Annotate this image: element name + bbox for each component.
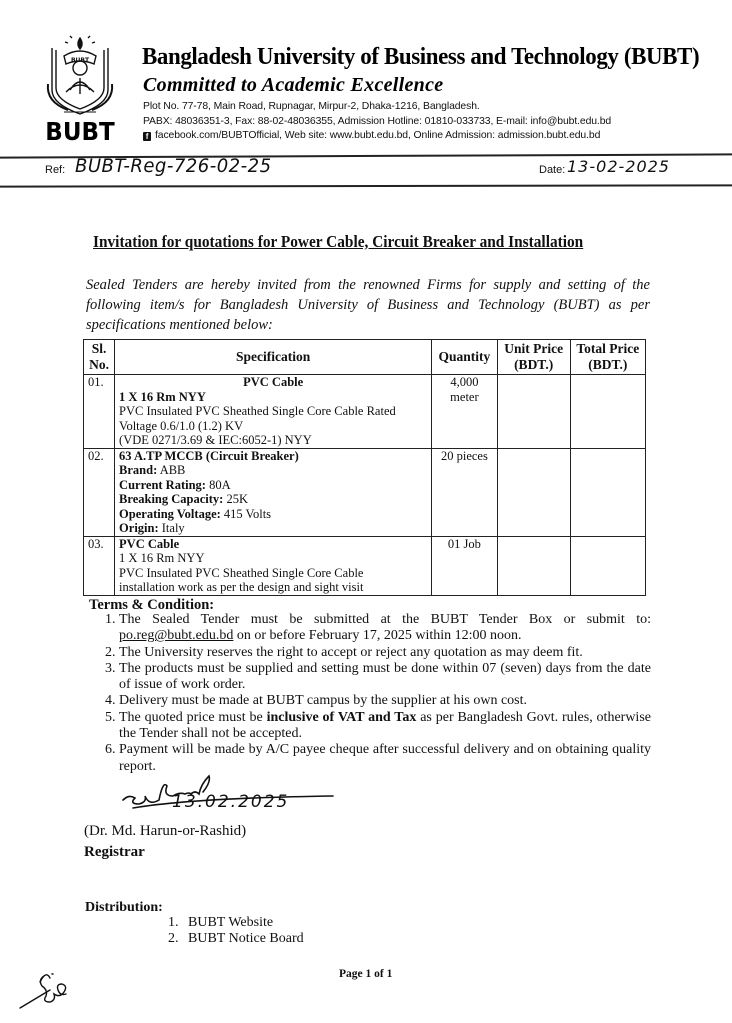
header-total-price: Total Price (BDT.) — [570, 340, 645, 375]
row-total-price[interactable] — [570, 536, 645, 595]
initial-signature-icon — [18, 968, 78, 1010]
attribute-value: 415 Volts — [224, 507, 271, 521]
terms-item-number: 6. — [105, 742, 116, 758]
terms-item-text: Delivery must be made at BUBT campus by … — [119, 693, 527, 708]
terms-item-number: 3. — [105, 661, 116, 677]
table-row: 03. PVC Cable 1 X 16 Rm NYY PVC Insulate… — [84, 536, 646, 595]
ref-value: BUBT-Reg-726-02-25 — [75, 155, 272, 177]
notice-intro: Sealed Tenders are hereby invited from t… — [86, 275, 650, 335]
distribution-item-number: 2. — [168, 931, 188, 947]
row-specification: 63 A.TP MCCB (Circuit Breaker) Brand: AB… — [115, 448, 432, 536]
signature-date: 13.02.2025 — [172, 792, 289, 812]
row-unit-price[interactable] — [497, 536, 570, 595]
contact-line: PABX: 48036351-3, Fax: 88-02-48036355, A… — [143, 116, 611, 127]
terms-item: 3. The products must be supplied and set… — [105, 661, 651, 694]
table-header-row: Sl. No. Specification Quantity Unit Pric… — [84, 340, 646, 375]
item-attribute: Brand: ABB — [119, 463, 427, 478]
distribution-item-text: BUBT Notice Board — [188, 931, 304, 946]
university-name: Bangladesh University of Business and Te… — [142, 44, 699, 71]
row-total-price[interactable] — [570, 375, 645, 449]
row-specification: PVC Cable 1 X 16 Rm NYY PVC Insulated PV… — [115, 375, 432, 449]
row-specification: PVC Cable 1 X 16 Rm NYY PVC Insulated PV… — [115, 536, 432, 595]
email-link[interactable]: po.reg@bubt.edu.bd — [119, 628, 233, 643]
item-attribute: Operating Voltage: 415 Volts — [119, 507, 427, 522]
terms-item-text: The products must be supplied and settin… — [119, 661, 651, 692]
terms-item-continued: po.reg@bubt.edu.bd on or before February… — [105, 628, 651, 644]
signer-name: (Dr. Md. Harun-or-Rashid) — [84, 823, 246, 840]
notice-title: Invitation for quotations for Power Cabl… — [93, 232, 583, 252]
specification-table: Sl. No. Specification Quantity Unit Pric… — [83, 339, 646, 596]
university-motto: Committed to Academic Excellence — [143, 74, 443, 97]
item-heading: 63 A.TP MCCB (Circuit Breaker) — [119, 449, 427, 464]
row-total-price[interactable] — [570, 448, 645, 536]
row-unit-price[interactable] — [497, 448, 570, 536]
attribute-label: Operating Voltage: — [119, 507, 221, 521]
attribute-label: Current Rating: — [119, 478, 206, 492]
item-line: Voltage 0.6/1.0 (1.2) KV — [119, 419, 427, 434]
terms-item: 4. Delivery must be made at BUBT campus … — [105, 693, 651, 709]
terms-item-text: The University reserves the right to acc… — [119, 645, 583, 660]
terms-item-emphasis: inclusive of VAT and Tax — [267, 710, 417, 725]
svg-text:BUBT: BUBT — [71, 57, 90, 64]
table-row: 02. 63 A.TP MCCB (Circuit Breaker) Brand… — [84, 448, 646, 536]
date-value: 13-02-2025 — [567, 157, 670, 176]
item-heading: PVC Cable — [119, 537, 427, 552]
terms-item: 6. Payment will be made by A/C payee che… — [105, 742, 651, 775]
item-line: PVC Insulated PVC Sheathed Single Core C… — [119, 566, 427, 581]
header-quantity: Quantity — [432, 340, 497, 375]
terms-item-text: on or before February 17, 2025 within 12… — [233, 628, 521, 643]
item-line: 1 X 16 Rm NYY — [119, 551, 427, 566]
header-specification: Specification — [115, 340, 432, 375]
item-attribute: Origin: Italy — [119, 521, 427, 536]
row-sl: 01. — [84, 375, 115, 449]
attribute-value: 80A — [209, 478, 231, 492]
terms-list: 1. The Sealed Tender must be submitted a… — [105, 612, 651, 775]
attribute-label: Breaking Capacity: — [119, 492, 223, 506]
header-sl: Sl. No. — [84, 340, 115, 375]
web-line-text: facebook.com/BUBTOfficial, Web site: www… — [155, 130, 600, 141]
terms-item-text: The quoted price must be — [119, 710, 267, 725]
item-attribute: Current Rating: 80A — [119, 478, 427, 493]
item-line: PVC Insulated PVC Sheathed Single Core C… — [119, 404, 427, 419]
terms-item-number: 5. — [105, 710, 116, 726]
date-label: Date: — [539, 164, 565, 176]
row-quantity: 01 Job — [432, 536, 497, 595]
item-attribute: Breaking Capacity: 25K — [119, 492, 427, 507]
terms-item: 1. The Sealed Tender must be submitted a… — [105, 612, 651, 628]
university-logo: BUBT BUBT — [38, 32, 122, 150]
facebook-icon: f — [143, 132, 151, 141]
terms-item: 2. The University reserves the right to … — [105, 645, 651, 661]
ref-label: Ref: — [45, 164, 65, 176]
crest-icon: BUBT — [44, 34, 116, 118]
row-quantity: 4,000 meter — [432, 375, 497, 449]
distribution-item-number: 1. — [168, 915, 188, 931]
row-quantity: 20 pieces — [432, 448, 497, 536]
item-line: (VDE 0271/3.69 & IEC:6052-1) NYY — [119, 433, 427, 448]
web-line: ffacebook.com/BUBTOfficial, Web site: ww… — [143, 130, 600, 141]
distribution-item: 1.BUBT Website — [168, 915, 304, 931]
attribute-value: ABB — [160, 463, 186, 477]
distribution-item-text: BUBT Website — [188, 915, 273, 930]
item-line: installation work as per the design and … — [119, 580, 427, 595]
header-unit-price: Unit Price (BDT.) — [497, 340, 570, 375]
logo-wordmark: BUBT — [41, 117, 118, 146]
row-unit-price[interactable] — [497, 375, 570, 449]
item-subheading: 1 X 16 Rm NYY — [119, 390, 427, 405]
distribution-list: 1.BUBT Website 2.BUBT Notice Board — [168, 915, 304, 947]
terms-item-number: 2. — [105, 645, 116, 661]
terms-item-number: 4. — [105, 693, 116, 709]
signer-title: Registrar — [84, 844, 145, 861]
row-sl: 03. — [84, 536, 115, 595]
distribution-heading: Distribution: — [85, 900, 163, 916]
distribution-item: 2.BUBT Notice Board — [168, 931, 304, 947]
attribute-label: Origin: — [119, 521, 159, 535]
terms-item-number: 1. — [105, 612, 116, 628]
row-sl: 02. — [84, 448, 115, 536]
attribute-label: Brand: — [119, 463, 157, 477]
table-row: 01. PVC Cable 1 X 16 Rm NYY PVC Insulate… — [84, 375, 646, 449]
terms-item-text: Payment will be made by A/C payee cheque… — [119, 742, 651, 773]
divider-bottom — [0, 184, 732, 187]
page-number: Page 1 of 1 — [339, 968, 392, 980]
attribute-value: Italy — [162, 521, 185, 535]
attribute-value: 25K — [226, 492, 248, 506]
item-heading: PVC Cable — [119, 375, 427, 390]
address-line: Plot No. 77-78, Main Road, Rupnagar, Mir… — [143, 101, 480, 112]
terms-item-text: The Sealed Tender must be submitted at t… — [119, 612, 651, 627]
terms-item: 5. The quoted price must be inclusive of… — [105, 710, 651, 743]
